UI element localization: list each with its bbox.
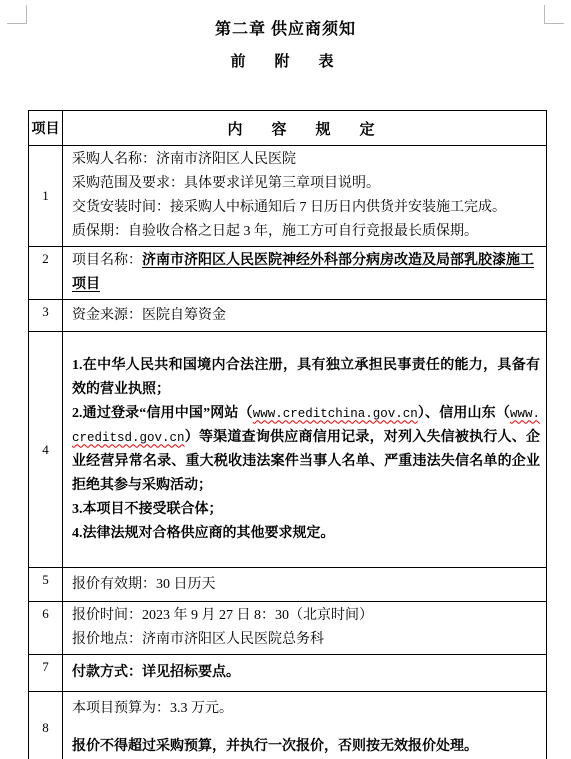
paragraph: 2.通过登录“信用中国”网站（www.creditchina.gov.cn）、信… [72, 402, 540, 498]
table-row: 3资金来源：医院自筹资金 [29, 300, 547, 332]
paragraph: 本项目预算为：3.3 万元。 [72, 697, 540, 721]
paragraph: 3.本项目不接受联合体； [72, 498, 540, 522]
row-content-cell: 本项目预算为：3.3 万元。报价不得超过采购预算，并执行一次报价，否则按无效报价… [63, 692, 547, 759]
page-margin-mark-left [7, 5, 27, 24]
paragraph: 采购范围及要求：具体要求详见第三章项目说明。 [72, 172, 540, 196]
paragraph: 项目名称：济南市济阳区人民医院神经外科部分病房改造及局部乳胶漆施工项目 [72, 249, 540, 297]
row-content-cell: 采购人名称：济南市济阳区人民医院采购范围及要求：具体要求详见第三章项目说明。交货… [63, 146, 547, 247]
paragraph: 采购人名称：济南市济阳区人民医院 [72, 148, 540, 172]
spec-table-body: 1采购人名称：济南市济阳区人民医院采购范围及要求：具体要求详见第三章项目说明。交… [29, 146, 547, 759]
text-segment: 采购人名称：济南市济阳区人民医院 [72, 152, 296, 167]
table-row: 1采购人名称：济南市济阳区人民医院采购范围及要求：具体要求详见第三章项目说明。交… [29, 146, 547, 247]
row-number-cell: 8 [29, 692, 63, 759]
text-segment: 4.法律法规对合格供应商的其他要求规定。 [72, 526, 335, 541]
text-segment: 质保期：自验收合格之日起 3 年，施工方可自行竞报最长质保期。 [72, 224, 478, 239]
row-content-cell: 资金来源：医院自筹资金 [63, 300, 547, 332]
content-column-header: 内 容 规 定 [63, 111, 547, 146]
row-number-cell: 4 [29, 332, 63, 568]
text-segment: 济南市济阳区人民医院神经外科部分病房改造及局部乳胶漆施工项目 [72, 253, 534, 292]
paragraph: 报价不得超过采购预算，并执行一次报价，否则按无效报价处理。 [72, 735, 540, 759]
url-text: www.creditchina.gov.cn [253, 407, 418, 421]
row-number-cell: 6 [29, 602, 63, 655]
text-segment: 3.本项目不接受联合体； [72, 502, 223, 517]
row-number-cell: 7 [29, 655, 63, 692]
text-segment: 报价时间：2023 年 9 月 27 日 8：30（北京时间） [72, 608, 373, 623]
paragraph: 付款方式：详见招标要点。 [72, 661, 540, 685]
row-content-cell: 报价有效期：30 日历天 [63, 568, 547, 602]
paragraph: 报价地点：济南市济阳区人民医院总务科 [72, 628, 540, 652]
table-row: 5报价有效期：30 日历天 [29, 568, 547, 602]
text-segment: 付款方式：详见招标要点。 [72, 665, 240, 680]
paragraph: 4.法律法规对合格供应商的其他要求规定。 [72, 522, 540, 546]
text-segment: 本项目预算为：3.3 万元。 [72, 701, 233, 716]
row-number-cell: 1 [29, 146, 63, 247]
row-number-cell: 5 [29, 568, 63, 602]
table-row: 8本项目预算为：3.3 万元。报价不得超过采购预算，并执行一次报价，否则按无效报… [29, 692, 547, 759]
text-segment: 2.通过登录“信用中国”网站（ [72, 406, 253, 421]
paragraph: 资金来源：医院自筹资金 [72, 304, 540, 328]
text-segment: 报价有效期：30 日历天 [72, 577, 216, 592]
paragraph: 交货安装时间：接采购人中标通知后 7 日历日内供货并安装施工完成。 [72, 196, 540, 220]
row-content-cell: 1.在中华人民共和国境内合法注册，具有独立承担民事责任的能力，具备有效的营业执照… [63, 332, 547, 568]
table-row: 2项目名称：济南市济阳区人民医院神经外科部分病房改造及局部乳胶漆施工项目 [29, 247, 547, 300]
item-column-header: 项目 [29, 111, 63, 146]
text-segment: 交货安装时间：接采购人中标通知后 7 日历日内供货并安装施工完成。 [72, 200, 506, 215]
chapter-title: 第二章 供应商须知 [0, 18, 571, 42]
front-table-subtitle: 前 附 表 [0, 50, 571, 74]
page-margin-mark-right [544, 5, 564, 24]
row-content-cell: 项目名称：济南市济阳区人民医院神经外科部分病房改造及局部乳胶漆施工项目 [63, 247, 547, 300]
text-segment: 报价不得超过采购预算，并执行一次报价，否则按无效报价处理。 [72, 739, 478, 754]
text-segment: 资金来源：医院自筹资金 [72, 308, 226, 323]
table-row: 6报价时间：2023 年 9 月 27 日 8：30（北京时间）报价地点：济南市… [29, 602, 547, 655]
row-number-cell: 3 [29, 300, 63, 332]
text-segment: ）、信用山东（ [418, 406, 510, 421]
text-segment: 项目名称： [72, 253, 142, 268]
table-row: 41.在中华人民共和国境内合法注册，具有独立承担民事责任的能力，具备有效的营业执… [29, 332, 547, 568]
document-page: 第二章 供应商须知 前 附 表 项目 内 容 规 定 1采购人名称：济南市济阳区… [0, 0, 571, 759]
paragraph: 质保期：自验收合格之日起 3 年，施工方可自行竞报最长质保期。 [72, 220, 540, 244]
row-number-cell: 2 [29, 247, 63, 300]
table-header-row: 项目 内 容 规 定 [29, 111, 547, 146]
text-segment: 1.在中华人民共和国境内合法注册，具有独立承担民事责任的能力，具备有效的营业执照… [72, 358, 540, 397]
text-segment: 报价地点：济南市济阳区人民医院总务科 [72, 632, 324, 647]
row-content-cell: 报价时间：2023 年 9 月 27 日 8：30（北京时间）报价地点：济南市济… [63, 602, 547, 655]
paragraph: 1.在中华人民共和国境内合法注册，具有独立承担民事责任的能力，具备有效的营业执照… [72, 354, 540, 402]
paragraph: 报价时间：2023 年 9 月 27 日 8：30（北京时间） [72, 604, 540, 628]
paragraph: 报价有效期：30 日历天 [72, 573, 540, 597]
text-segment: 采购范围及要求：具体要求详见第三章项目说明。 [72, 176, 380, 191]
row-content-cell: 付款方式：详见招标要点。 [63, 655, 547, 692]
supplier-notice-table: 项目 内 容 规 定 1采购人名称：济南市济阳区人民医院采购范围及要求：具体要求… [28, 110, 547, 759]
table-row: 7付款方式：详见招标要点。 [29, 655, 547, 692]
